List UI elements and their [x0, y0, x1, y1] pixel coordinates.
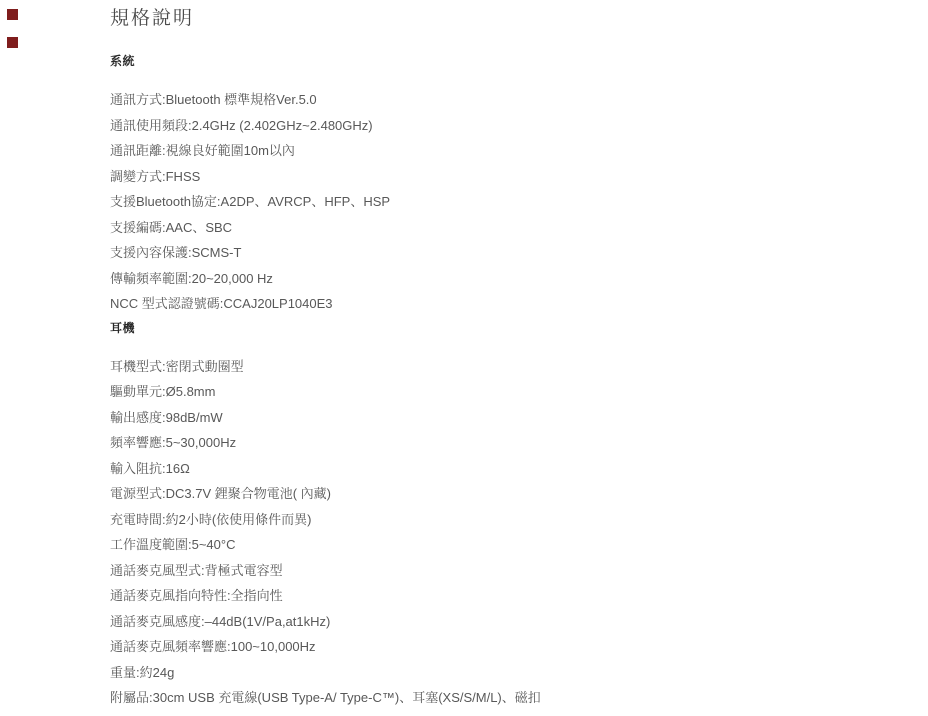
spec-line-bluetooth-profiles: 支援Bluetooth協定:A2DP、AVRCP、HFP、HSP — [110, 189, 870, 215]
spec-line-mic-frequency-response: 通話麥克風頻率響應:100~10,000Hz — [110, 634, 870, 660]
section-heading-earphone: 耳機 — [110, 320, 870, 337]
spec-line-output-sensitivity: 輸出感度:98dB/mW — [110, 405, 870, 431]
spec-line-power-source: 電源型式:DC3.7V 鋰聚合物電池( 內藏) — [110, 481, 870, 507]
spec-line-modulation: 調變方式:FHSS — [110, 164, 870, 190]
spec-line-codecs: 支援編碼:AAC、SBC — [110, 215, 870, 241]
spec-line-driver-unit: 驅動單元:Ø5.8mm — [110, 379, 870, 405]
page-title: 規格說明 — [110, 4, 870, 34]
spec-line-frequency-band: 通訊使用頻段:2.4GHz (2.402GHz~2.480GHz) — [110, 113, 870, 139]
spec-line-operating-temperature: 工作溫度範圍:5~40°C — [110, 532, 870, 558]
spec-line-earphone-type: 耳機型式:密閉式動圈型 — [110, 354, 870, 380]
section-heading-system: 系統 — [110, 53, 870, 70]
red-square-marker-bottom — [7, 37, 18, 48]
spec-line-mic-type: 通話麥克風型式:背極式電容型 — [110, 558, 870, 584]
spec-line-content-protection: 支援內容保護:SCMS-T — [110, 240, 870, 266]
spec-line-transmission-range: 傳輸頻率範圍:20~20,000 Hz — [110, 266, 870, 292]
spec-line-ncc-certification: NCC 型式認證號碼:CCAJ20LP1040E3 — [110, 291, 870, 317]
red-square-marker-top — [7, 9, 18, 20]
spec-line-communication-method: 通訊方式:Bluetooth 標準規格Ver.5.0 — [110, 87, 870, 113]
spec-line-communication-distance: 通訊距離:視線良好範圍10m以內 — [110, 138, 870, 164]
spec-line-mic-directivity: 通話麥克風指向特性:全指向性 — [110, 583, 870, 609]
spec-line-charging-time: 充電時間:約2小時(依使用條件而異) — [110, 507, 870, 533]
spec-line-accessories: 附屬品:30cm USB 充電線(USB Type-A/ Type-C™)、耳塞… — [110, 685, 870, 711]
spec-page: 規格說明 系統 通訊方式:Bluetooth 標準規格Ver.5.0 通訊使用頻… — [110, 0, 870, 711]
spec-line-mic-sensitivity: 通話麥克風感度:–44dB(1V/Pa,at1kHz) — [110, 609, 870, 635]
spec-line-impedance: 輸入阻抗:16Ω — [110, 456, 870, 482]
section-system: 系統 通訊方式:Bluetooth 標準規格Ver.5.0 通訊使用頻段:2.4… — [110, 53, 870, 317]
spec-line-weight: 重量:約24g — [110, 660, 870, 686]
section-earphone: 耳機 耳機型式:密閉式動圈型 驅動單元:Ø5.8mm 輸出感度:98dB/mW … — [110, 320, 870, 711]
spec-line-frequency-response: 頻率響應:5~30,000Hz — [110, 430, 870, 456]
